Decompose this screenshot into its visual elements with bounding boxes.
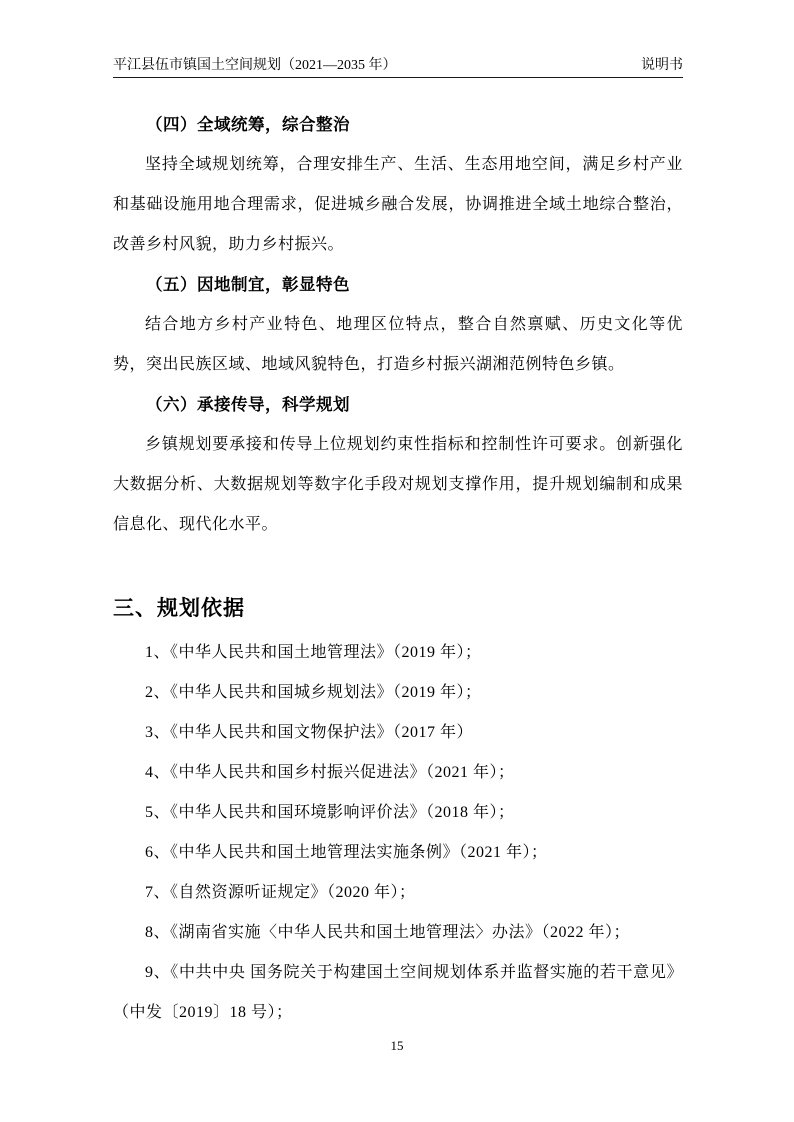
heading-principle-five: （五）因地制宜，彰显特色 [113,265,683,305]
basis-list-item: 6、《中华人民共和国土地管理法实施条例》（2021 年）； [113,833,683,873]
basis-list-item: 7、《自然资源听证规定》（2020 年）； [113,873,683,913]
basis-list-item: 2、《中华人民共和国城乡规划法》（2019 年）； [113,673,683,713]
page-number: 15 [391,1038,404,1053]
paragraph-principle-six: 乡镇规划要承接和传导上位规划约束性指标和控制性许可要求。创新强化大数据分析、大数… [113,425,683,545]
basis-list-item: 8、《湖南省实施〈中华人民共和国土地管理法〉办法》（2022 年）； [113,913,683,953]
document-body: （四）全域统筹，综合整治 坚持全域规划统筹，合理安排生产、生活、生态用地空间，满… [113,105,683,1033]
paragraph-principle-five: 结合地方乡村产业特色、地理区位特点，整合自然禀赋、历史文化等优势，突出民族区域、… [113,305,683,385]
document-page: 平江县伍市镇国土空间规划（2021—2035 年） 说明书 （四）全域统筹，综合… [0,0,794,1122]
heading-principle-four: （四）全域统筹，综合整治 [113,105,683,145]
basis-list-item: 1、《中华人民共和国土地管理法》（2019 年）； [113,633,683,673]
basis-list-item: 9、《中共中央 国务院关于构建国土空间规划体系并监督实施的若干意见》（中发〔20… [113,953,683,1033]
page-header: 平江县伍市镇国土空间规划（2021—2035 年） 说明书 [113,57,683,78]
header-document-title: 平江县伍市镇国土空间规划（2021—2035 年） [113,57,397,75]
page-footer: 15 [0,1038,794,1054]
header-document-type: 说明书 [641,57,683,75]
paragraph-principle-four: 坚持全域规划统筹，合理安排生产、生活、生态用地空间，满足乡村产业和基础设施用地合… [113,145,683,265]
basis-list-item: 5、《中华人民共和国环境影响评价法》（2018 年）； [113,793,683,833]
heading-principle-six: （六）承接传导，科学规划 [113,385,683,425]
basis-list-item: 4、《中华人民共和国乡村振兴促进法》（2021 年）； [113,753,683,793]
section-title-planning-basis: 三、规划依据 [113,587,683,631]
basis-list-item: 3、《中华人民共和国文物保护法》（2017 年） [113,713,683,753]
